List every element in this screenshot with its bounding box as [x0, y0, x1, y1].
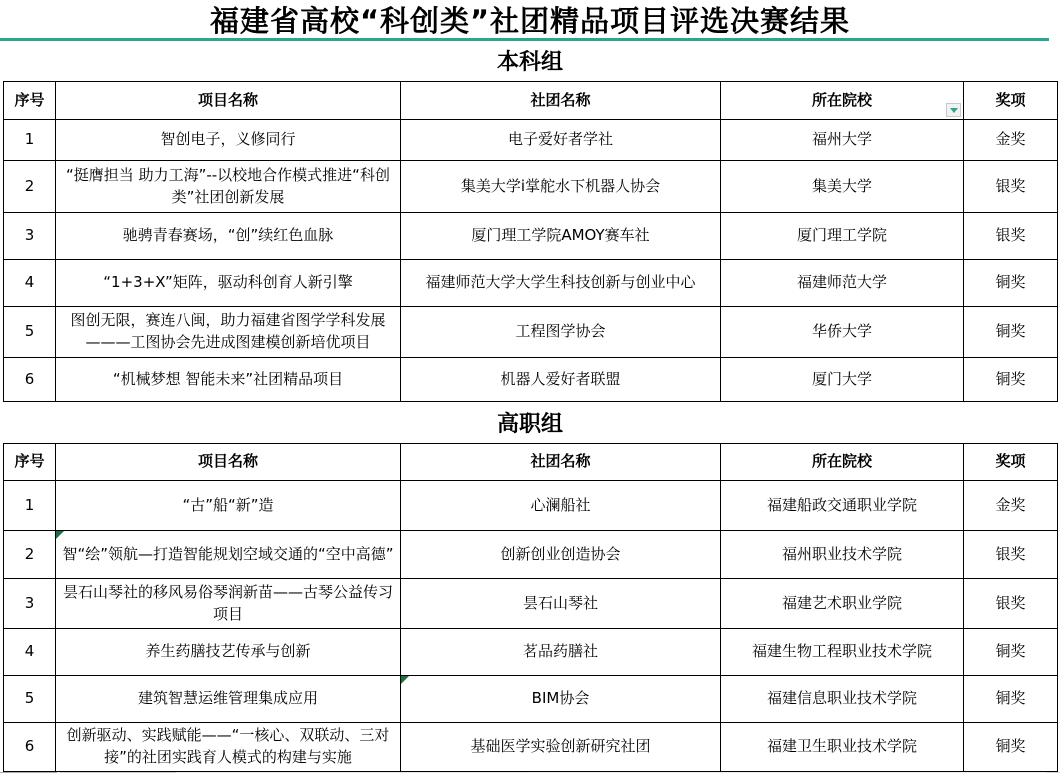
cell-award[interactable]: 铜奖	[964, 358, 1058, 402]
cell-text: 工程图学协会	[515, 322, 605, 340]
cell-school[interactable]: 华侨大学	[721, 307, 964, 358]
cell-text: 茗品药膳社	[523, 642, 598, 660]
cell-text: 福州大学	[812, 130, 872, 148]
cell-text: 2	[25, 177, 35, 195]
cell-school[interactable]: 福建生物工程职业技术学院	[721, 629, 964, 676]
cell-text: 铜奖	[995, 273, 1025, 291]
cell-text: 福建信息职业技术学院	[767, 689, 917, 707]
cell-project[interactable]: 驰骋青春赛场，“创”续红色血脉	[56, 213, 401, 260]
cell-text: 3	[25, 594, 35, 612]
cell-text: 电子爱好者学社	[508, 130, 613, 148]
table-row: 2智“绘”领航—打造智能规划空域交通的“空中高德”创新创业创造协会福州职业技术学…	[4, 531, 1058, 579]
cell-school[interactable]: 福建师范大学	[721, 260, 964, 307]
cell-club[interactable]: 集美大学i掌舵水下机器人协会	[401, 161, 721, 213]
cell-project[interactable]: “挺膺担当 助力工海”--以校地合作模式推进“科创类”社团创新发展	[56, 161, 401, 213]
table-row: 1“古”船“新”造心澜船社福建船政交通职业学院金奖	[4, 481, 1058, 531]
vocational-results-table: 序号项目名称社团名称所在院校奖项 1“古”船“新”造心澜船社福建船政交通职业学院…	[3, 443, 1058, 772]
cell-text: 金奖	[995, 496, 1025, 514]
cell-award[interactable]: 铜奖	[964, 676, 1058, 723]
cell-text: 智“绘”领航—打造智能规划空域交通的“空中高德”	[62, 545, 393, 563]
cell-award[interactable]: 铜奖	[964, 260, 1058, 307]
cell-school[interactable]: 福建船政交通职业学院	[721, 481, 964, 531]
cell-text: 4	[25, 273, 35, 291]
section-heading-vocational: 高职组	[0, 402, 1060, 443]
column-header-label: 奖项	[995, 452, 1025, 470]
cell-club[interactable]: 茗品药膳社	[401, 629, 721, 676]
cell-text: 养生药膳技艺传承与创新	[145, 642, 310, 660]
cell-no[interactable]: 2	[4, 161, 56, 213]
cell-text: BIM协会	[532, 689, 590, 707]
cell-text: 福建生物工程职业技术学院	[752, 642, 932, 660]
cell-text: 福建师范大学	[797, 273, 887, 291]
cell-text: 创新驱动、实践赋能——“一核心、双联动、三对接”的社团实践育人模式的构建与实施	[67, 726, 390, 766]
cell-text: 6	[25, 737, 35, 755]
cell-text: 福建卫生职业技术学院	[767, 737, 917, 755]
cell-comment-marker	[401, 676, 409, 684]
cell-text: 福州职业技术学院	[782, 545, 902, 563]
table-row: 5图创无限，赛连八闽，助力福建省图学学科发展———工图协会先进成图建模创新培优项…	[4, 307, 1058, 358]
column-header-label: 奖项	[995, 91, 1025, 109]
cell-text: 集美大学i掌舵水下机器人协会	[461, 177, 660, 195]
cell-text: 银奖	[995, 545, 1025, 563]
cell-award[interactable]: 铜奖	[964, 307, 1058, 358]
cell-text: 银奖	[995, 226, 1025, 244]
column-header-no: 序号	[4, 444, 56, 481]
cell-club[interactable]: 电子爱好者学社	[401, 120, 721, 161]
cell-text: 图创无限，赛连八闽，助力福建省图学学科发展———工图协会先进成图建模创新培优项目	[70, 311, 385, 351]
cell-no[interactable]: 6	[4, 723, 56, 772]
cell-text: “挺膺担当 助力工海”--以校地合作模式推进“科创类”社团创新发展	[66, 166, 390, 206]
cell-club[interactable]: 创新创业创造协会	[401, 531, 721, 579]
cell-text: 创新创业创造协会	[500, 545, 620, 563]
cell-no[interactable]: 1	[4, 120, 56, 161]
cell-school[interactable]: 厦门理工学院	[721, 213, 964, 260]
column-header-school: 所在院校	[721, 82, 964, 120]
cell-project[interactable]: 创新驱动、实践赋能——“一核心、双联动、三对接”的社团实践育人模式的构建与实施	[56, 723, 401, 772]
cell-no[interactable]: 1	[4, 481, 56, 531]
cell-school[interactable]: 福州职业技术学院	[721, 531, 964, 579]
cell-text: 铜奖	[995, 642, 1025, 660]
cell-no[interactable]: 2	[4, 531, 56, 579]
cell-project[interactable]: 图创无限，赛连八闽，助力福建省图学学科发展———工图协会先进成图建模创新培优项目	[56, 307, 401, 358]
table-row: 2“挺膺担当 助力工海”--以校地合作模式推进“科创类”社团创新发展集美大学i掌…	[4, 161, 1058, 213]
cell-no[interactable]: 4	[4, 260, 56, 307]
column-header-club: 社团名称	[401, 444, 721, 481]
filter-arrow-icon	[950, 108, 958, 113]
cell-club[interactable]: BIM协会	[401, 676, 721, 723]
cell-text: 3	[25, 226, 35, 244]
cell-project[interactable]: 建筑智慧运维管理集成应用	[56, 676, 401, 723]
column-header-label: 项目名称	[198, 452, 258, 470]
cell-club[interactable]: 机器人爱好者联盟	[401, 358, 721, 402]
cell-text: 机器人爱好者联盟	[500, 370, 620, 388]
cell-school[interactable]: 集美大学	[721, 161, 964, 213]
cell-project[interactable]: “古”船“新”造	[56, 481, 401, 531]
cell-text: 集美大学	[812, 177, 872, 195]
table-row: 5建筑智慧运维管理集成应用BIM协会福建信息职业技术学院铜奖	[4, 676, 1058, 723]
cell-text: 昙石山琴社的移风易俗琴润新苗——古琴公益传习项目	[63, 583, 393, 623]
filter-dropdown-button[interactable]	[946, 103, 961, 117]
cell-no[interactable]: 5	[4, 307, 56, 358]
column-header-label: 社团名称	[530, 91, 590, 109]
cell-club[interactable]: 工程图学协会	[401, 307, 721, 358]
cell-school[interactable]: 厦门大学	[721, 358, 964, 402]
cell-comment-marker	[56, 531, 64, 539]
cell-school[interactable]: 福建信息职业技术学院	[721, 676, 964, 723]
cell-no[interactable]: 3	[4, 579, 56, 629]
cell-text: 铜奖	[995, 370, 1025, 388]
column-header-award: 奖项	[964, 82, 1058, 120]
cell-project[interactable]: “1+3+X”矩阵，驱动科创育人新引擎	[56, 260, 401, 307]
cell-award[interactable]: 银奖	[964, 579, 1058, 629]
cell-text: “机械梦想 智能未来”社团精品项目	[113, 370, 343, 388]
cell-club[interactable]: 心澜船社	[401, 481, 721, 531]
column-header-no: 序号	[4, 82, 56, 120]
cell-award[interactable]: 银奖	[964, 531, 1058, 579]
cell-text: 心澜船社	[530, 496, 590, 514]
cell-text: 金奖	[995, 130, 1025, 148]
cell-award[interactable]: 金奖	[964, 481, 1058, 531]
cell-text: “1+3+X”矩阵，驱动科创育人新引擎	[103, 273, 352, 291]
cell-text: 昙石山琴社	[523, 594, 598, 612]
table-row: 6“机械梦想 智能未来”社团精品项目机器人爱好者联盟厦门大学铜奖	[4, 358, 1058, 402]
cell-text: 驰骋青春赛场，“创”续红色血脉	[123, 226, 334, 244]
cell-no[interactable]: 3	[4, 213, 56, 260]
column-header-label: 序号	[14, 452, 44, 470]
cell-text: 智创电子，义修同行	[160, 130, 295, 148]
cell-award[interactable]: 银奖	[964, 213, 1058, 260]
table-row: 4“1+3+X”矩阵，驱动科创育人新引擎福建师范大学大学生科技创新与创业中心福建…	[4, 260, 1058, 307]
cell-text: 华侨大学	[812, 322, 872, 340]
cell-text: “古”船“新”造	[182, 496, 273, 514]
cell-text: 1	[25, 130, 35, 148]
cell-text: 4	[25, 642, 35, 660]
cell-club[interactable]: 福建师范大学大学生科技创新与创业中心	[401, 260, 721, 307]
column-header-label: 社团名称	[530, 452, 590, 470]
cell-award[interactable]: 铜奖	[964, 723, 1058, 772]
section-heading-undergraduate: 本科组	[0, 41, 1060, 81]
cell-text: 银奖	[995, 177, 1025, 195]
cell-project[interactable]: 养生药膳技艺传承与创新	[56, 629, 401, 676]
cell-club[interactable]: 昙石山琴社	[401, 579, 721, 629]
column-header-school: 所在院校	[721, 444, 964, 481]
cell-no[interactable]: 4	[4, 629, 56, 676]
cell-text: 铜奖	[995, 322, 1025, 340]
header-row: 序号项目名称社团名称所在院校奖项	[4, 82, 1058, 120]
cell-no[interactable]: 5	[4, 676, 56, 723]
column-header-label: 所在院校	[812, 452, 872, 470]
cell-text: 厦门理工学院	[797, 226, 887, 244]
page-title: 福建省高校“科创类”社团精品项目评选决赛结果	[0, 0, 1060, 38]
cell-project[interactable]: “机械梦想 智能未来”社团精品项目	[56, 358, 401, 402]
cell-text: 福建船政交通职业学院	[767, 496, 917, 514]
column-header-award: 奖项	[964, 444, 1058, 481]
cell-text: 铜奖	[995, 689, 1025, 707]
table-row: 3驰骋青春赛场，“创”续红色血脉厦门理工学院AMOY赛车社厦门理工学院银奖	[4, 213, 1058, 260]
cell-text: 建筑智慧运维管理集成应用	[138, 689, 318, 707]
cell-text: 5	[25, 322, 35, 340]
cell-text: 5	[25, 689, 35, 707]
column-header-club: 社团名称	[401, 82, 721, 120]
cell-club[interactable]: 厦门理工学院AMOY赛车社	[401, 213, 721, 260]
column-header-project: 项目名称	[56, 82, 401, 120]
cell-school[interactable]: 福建艺术职业学院	[721, 579, 964, 629]
header-row: 序号项目名称社团名称所在院校奖项	[4, 444, 1058, 481]
spreadsheet-page: 福建省高校“科创类”社团精品项目评选决赛结果 本科组 序号项目名称社团名称所在院…	[0, 0, 1060, 773]
cell-no[interactable]: 6	[4, 358, 56, 402]
cell-text: 福建艺术职业学院	[782, 594, 902, 612]
column-header-project: 项目名称	[56, 444, 401, 481]
cell-text: 厦门理工学院AMOY赛车社	[471, 226, 649, 244]
cell-text: 2	[25, 545, 35, 563]
table-row: 3昙石山琴社的移风易俗琴润新苗——古琴公益传习项目昙石山琴社福建艺术职业学院银奖	[4, 579, 1058, 629]
cell-school[interactable]: 福建卫生职业技术学院	[721, 723, 964, 772]
column-header-label: 序号	[14, 91, 44, 109]
table-row: 1智创电子，义修同行电子爱好者学社福州大学金奖	[4, 120, 1058, 161]
cell-text: 厦门大学	[812, 370, 872, 388]
cell-project[interactable]: 昙石山琴社的移风易俗琴润新苗——古琴公益传习项目	[56, 579, 401, 629]
undergraduate-results-table: 序号项目名称社团名称所在院校奖项 1智创电子，义修同行电子爱好者学社福州大学金奖…	[3, 81, 1058, 402]
table-row: 6创新驱动、实践赋能——“一核心、双联动、三对接”的社团实践育人模式的构建与实施…	[4, 723, 1058, 772]
cell-text: 1	[25, 496, 35, 514]
cell-club[interactable]: 基础医学实验创新研究社团	[401, 723, 721, 772]
cell-award[interactable]: 银奖	[964, 161, 1058, 213]
cell-award[interactable]: 铜奖	[964, 629, 1058, 676]
column-header-label: 所在院校	[812, 91, 872, 109]
cell-school[interactable]: 福州大学	[721, 120, 964, 161]
cell-project[interactable]: 智创电子，义修同行	[56, 120, 401, 161]
table-row: 4养生药膳技艺传承与创新茗品药膳社福建生物工程职业技术学院铜奖	[4, 629, 1058, 676]
cell-text: 福建师范大学大学生科技创新与创业中心	[425, 273, 695, 291]
cell-award[interactable]: 金奖	[964, 120, 1058, 161]
column-header-label: 项目名称	[198, 91, 258, 109]
cell-text: 银奖	[995, 594, 1025, 612]
cell-text: 铜奖	[995, 737, 1025, 755]
cell-project[interactable]: 智“绘”领航—打造智能规划空域交通的“空中高德”	[56, 531, 401, 579]
cell-text: 基础医学实验创新研究社团	[470, 737, 650, 755]
cell-text: 6	[25, 370, 35, 388]
